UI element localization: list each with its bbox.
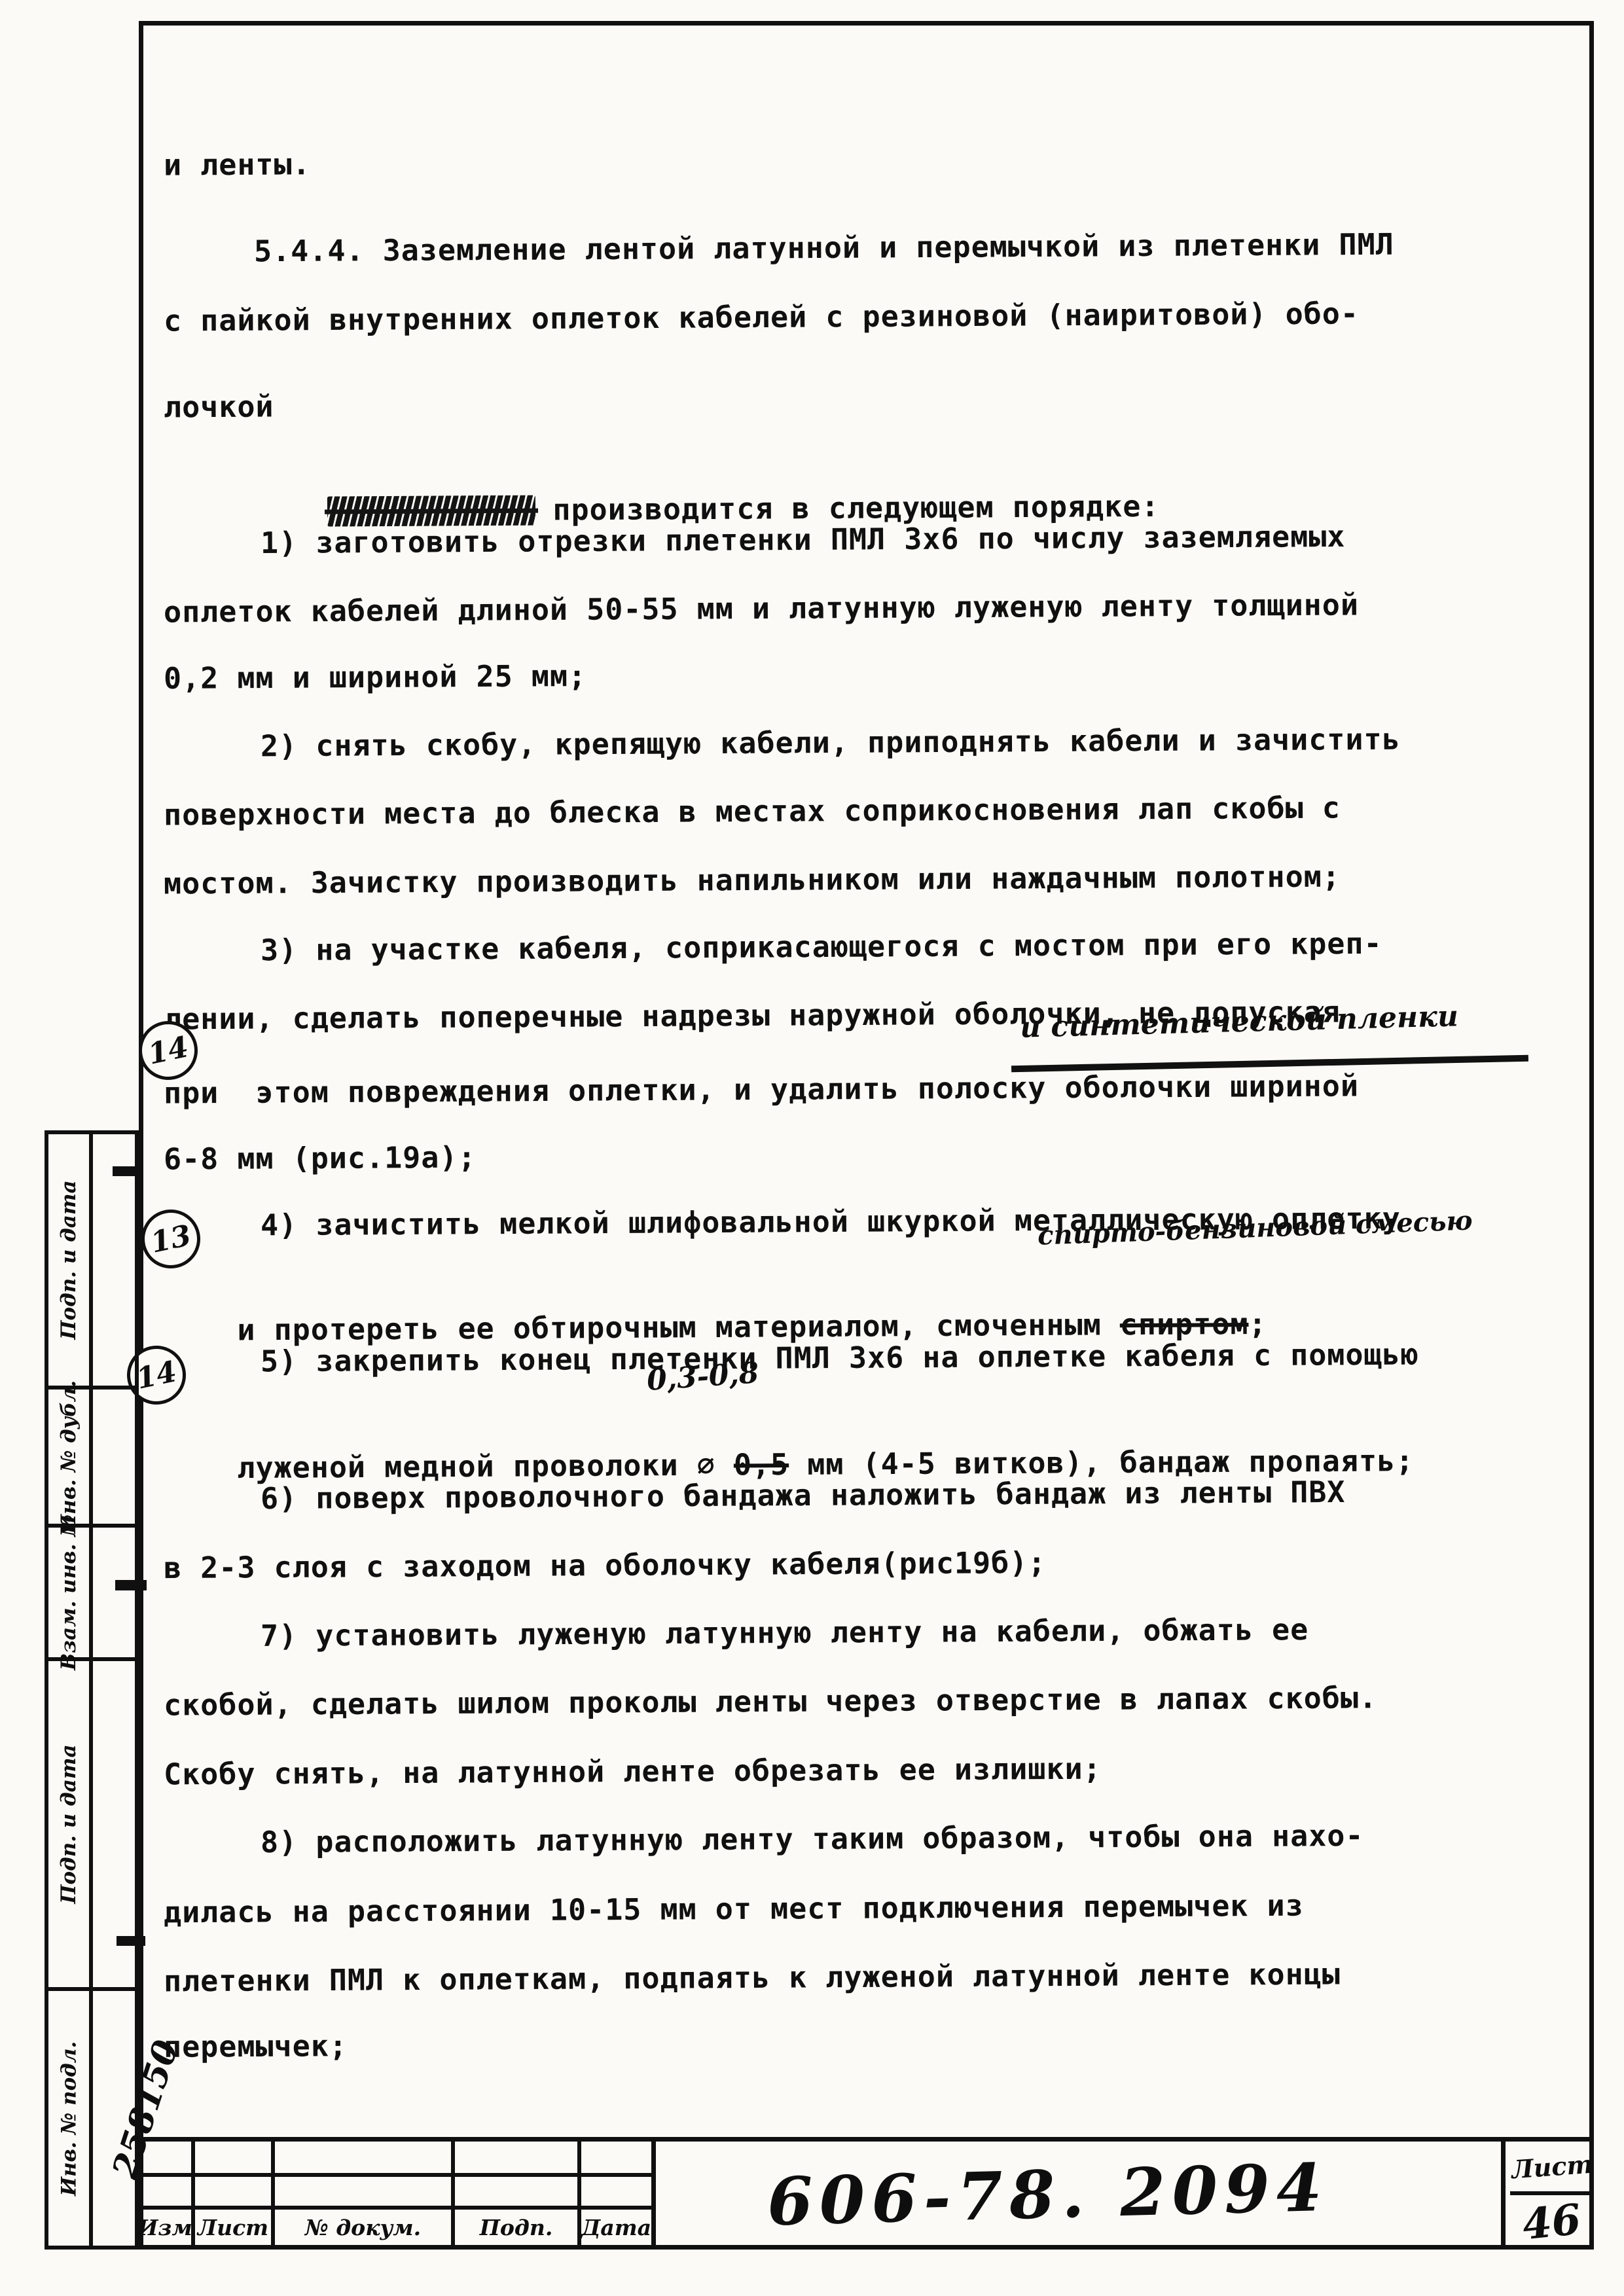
- body-line: в 2-3 слоя с заходом на оболочку кабеля(…: [164, 1545, 1047, 1585]
- sheet-number: 46: [1521, 2195, 1583, 2250]
- body-line: при этом повреждения оплетки, и удалить …: [164, 1068, 1359, 1110]
- body-line: и ленты.: [164, 147, 311, 182]
- body-line: скобой, сделать шилом проколы ленты чере…: [164, 1680, 1377, 1722]
- side-label: Инв. № подл.: [57, 2041, 81, 2196]
- body-line: 0,2 мм и шириной 25 мм;: [164, 658, 586, 696]
- revision-cell: [455, 2177, 581, 2210]
- revision-cell: [581, 2177, 651, 2210]
- doc-number-cell: 606-78. 2094: [656, 2142, 1506, 2250]
- body-line: дилась на расстоянии 10-15 мм от мест по…: [164, 1888, 1304, 1930]
- side-blank-cell: [93, 1661, 135, 1987]
- side-row: Инв. № дубл.: [48, 1390, 135, 1528]
- side-blank-cell: 258150: [93, 1991, 135, 2246]
- body-line: 7) установить луженую латунную ленту на …: [261, 1612, 1309, 1653]
- body-line: 8) расположить латунную ленту таким обра…: [261, 1818, 1364, 1859]
- handwritten-doc-number: 606-78. 2094: [767, 2149, 1329, 2240]
- body-line: мостом. Зачистку производить напильником…: [164, 859, 1341, 901]
- revision-cell: [275, 2177, 455, 2210]
- struck-word: спиртом: [1120, 1306, 1249, 1342]
- side-label: Подп. и дата: [57, 1744, 81, 1904]
- revision-cell: [581, 2142, 651, 2177]
- revision-cell: [455, 2142, 581, 2177]
- revision-header-data: Дата: [581, 2210, 651, 2246]
- revision-cell: [275, 2142, 455, 2177]
- body-line: оплеток кабелей длиной 50-55 мм и латунн…: [164, 587, 1359, 629]
- sheet-number-cell: 46: [1510, 2195, 1594, 2250]
- side-blank-cell: [93, 1390, 135, 1524]
- side-row: Подп. и дата: [48, 1661, 135, 1991]
- body-line: поверхности места до блеска в местах соп…: [164, 791, 1341, 833]
- obliterated-word: [327, 495, 535, 527]
- section-heading-line: с пайкой внутренних оплеток кабелей с ре…: [164, 296, 1359, 338]
- revision-cell: [139, 2142, 195, 2177]
- revision-cell: [195, 2142, 275, 2177]
- revision-header-list: Лист: [195, 2210, 275, 2246]
- side-row: Подп. и дата: [48, 1134, 135, 1390]
- body-line: 6) поверх проволочного бандажа наложить …: [261, 1475, 1346, 1516]
- document-page: и ленты. 5.4.4. Заземление лентой латунн…: [0, 0, 1624, 2296]
- revision-table: Изм Лист № докум. Подп. Дата: [139, 2142, 656, 2250]
- struck-value: 0,5: [734, 1447, 789, 1482]
- side-label: Подп. и дата: [57, 1180, 81, 1340]
- title-block: Изм Лист № докум. Подп. Дата 606-78. 209…: [139, 2137, 1594, 2250]
- side-column: Подп. и дата Инв. № дубл. Взам. инв. № П…: [45, 1130, 139, 2250]
- section-heading-line: лочкой: [164, 389, 274, 424]
- revision-cell: [139, 2177, 195, 2210]
- sheet-box: Лист 46: [1510, 2142, 1594, 2250]
- side-label-cell: Подп. и дата: [48, 1661, 93, 1987]
- revision-header-docnum: № докум.: [275, 2210, 455, 2246]
- side-row: Инв. № подл. 258150: [48, 1991, 135, 2246]
- body-line: Скобу снять, на латунной ленте обрезать …: [164, 1751, 1102, 1792]
- body-line-text: ;: [1248, 1306, 1267, 1341]
- sheet-label-cell: Лист: [1510, 2142, 1594, 2195]
- body-line: перемычек;: [164, 2028, 348, 2064]
- side-label: Инв. № дубл.: [57, 1380, 81, 1533]
- revision-cell: [195, 2177, 275, 2210]
- side-label-cell: Взам. инв. №: [48, 1528, 93, 1657]
- body-line: 5) закрепить конец плетенки ПМЛ 3х6 на о…: [261, 1337, 1419, 1379]
- body-line: 3) на участке кабеля, соприкасающегося с…: [261, 926, 1382, 967]
- body-line: 1) заготовить отрезки плетенки ПМЛ 3х6 п…: [261, 519, 1346, 560]
- side-label-cell: Инв. № подл.: [48, 1991, 93, 2246]
- side-label-cell: Подп. и дата: [48, 1134, 93, 1386]
- side-blank-cell: [93, 1134, 135, 1386]
- revision-header-podp: Подп.: [455, 2210, 581, 2246]
- side-label-cell: Инв. № дубл.: [48, 1390, 93, 1524]
- side-label: Взам. инв. №: [57, 1515, 81, 1670]
- body-line: 2) снять скобу, крепящую кабели, приподн…: [261, 722, 1401, 764]
- sheet-label: Лист: [1510, 2149, 1593, 2184]
- revision-header-izm: Изм: [139, 2210, 195, 2246]
- side-blank-cell: [93, 1528, 135, 1657]
- body-line: плетенки ПМЛ к оплеткам, подпаять к луже…: [164, 1957, 1341, 1999]
- side-row: Взам. инв. №: [48, 1528, 135, 1661]
- section-heading-line: 5.4.4. Заземление лентой латунной и пере…: [254, 227, 1394, 269]
- body-line: 6-8 мм (рис.19а);: [164, 1140, 477, 1177]
